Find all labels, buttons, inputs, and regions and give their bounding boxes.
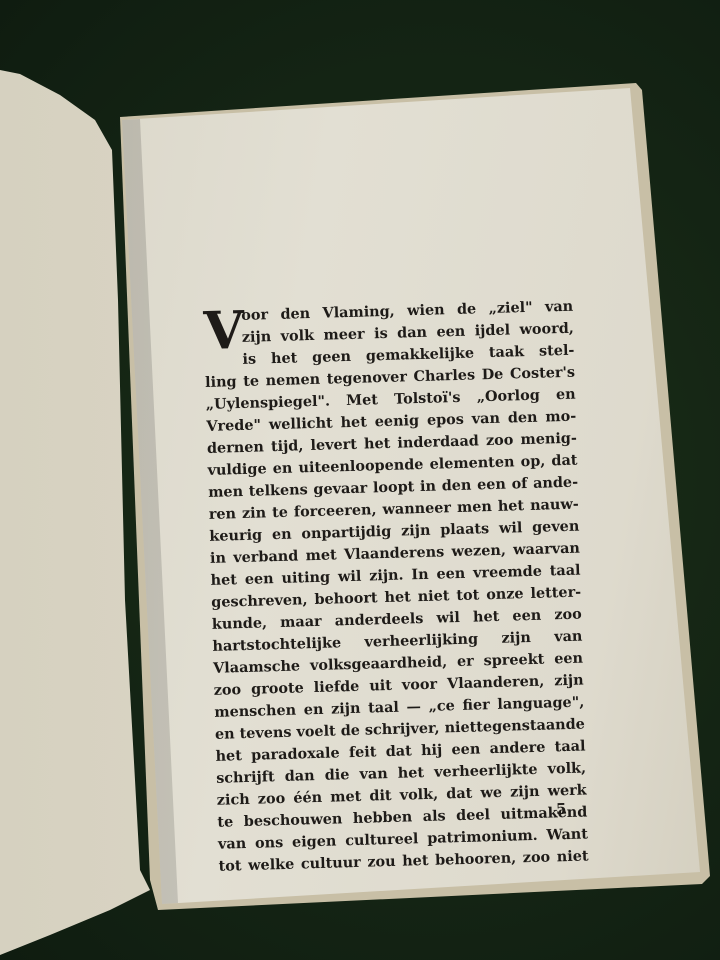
body-text: V oor den Vlaming, wien de „ziel" van zi… — [203, 296, 589, 878]
page-number: 5 — [556, 800, 567, 818]
drop-cap: V — [203, 309, 245, 354]
